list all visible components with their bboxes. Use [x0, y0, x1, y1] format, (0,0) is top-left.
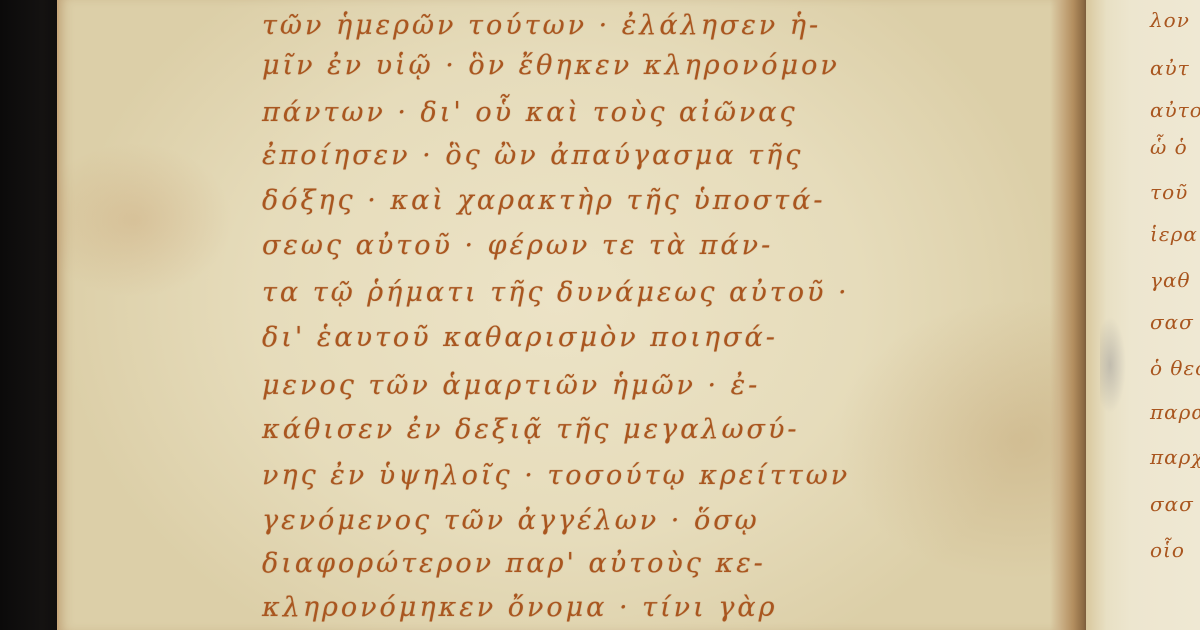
text-line: τα τῷ ῥήματι τῆς δυνάμεως αὐτοῦ ·	[262, 277, 850, 308]
book-gutter	[1050, 0, 1088, 630]
text-line: γαθ	[1150, 268, 1191, 292]
text-line: σεως αὐτοῦ · φέρων τε τὰ πάν-	[262, 230, 773, 261]
text-line: ἱερα	[1150, 222, 1198, 246]
text-line: γενόμενος τῶν ἀγγέλων · ὅσῳ	[262, 505, 760, 536]
text-line: οἷο	[1150, 538, 1185, 562]
text-line: αὐτο	[1150, 98, 1200, 122]
text-line: ὧ ὁ	[1150, 135, 1188, 159]
text-line: κληρονόμηκεν ὄνομα · τίνι γὰρ	[262, 592, 778, 623]
page-fold-shadow	[1100, 300, 1140, 430]
text-line: σασ	[1150, 492, 1194, 516]
text-line: μενος τῶν ἁμαρτιῶν ἡμῶν · ἐ-	[262, 370, 760, 401]
dark-background	[0, 0, 60, 630]
text-line: πάντων · δι' οὗ καὶ τοὺς αἰῶνας	[262, 97, 798, 128]
text-line: τοῦ	[1150, 180, 1188, 204]
text-line: νης ἐν ὑψηλοῖς · τοσούτῳ κρείττων	[262, 460, 850, 491]
text-line: αὐτ	[1150, 56, 1190, 80]
text-line: κάθισεν ἐν δεξιᾷ τῆς μεγαλωσύ-	[262, 414, 800, 445]
text-line: διαφορώτερον παρ' αὐτοὺς κε-	[262, 548, 766, 579]
text-line: τῶν ἡμερῶν τούτων · ἐλάλησεν ἡ-	[262, 10, 821, 41]
text-line: παρχ	[1150, 445, 1200, 469]
text-line: δόξης · καὶ χαρακτὴρ τῆς ὑποστά-	[262, 185, 825, 216]
text-line: λον	[1150, 8, 1190, 32]
text-line: σασ	[1150, 310, 1194, 334]
text-line: παρα	[1150, 400, 1200, 424]
text-line: δι' ἑαυτοῦ καθαρισμὸν ποιησά-	[262, 322, 778, 353]
text-line: ὁ θεὸς	[1150, 356, 1200, 380]
text-line: ἐποίησεν · ὃς ὢν ἀπαύγασμα τῆς	[262, 140, 803, 171]
text-line: μῖν ἐν υἱῷ · ὃν ἔθηκεν κληρονόμον	[262, 50, 840, 81]
